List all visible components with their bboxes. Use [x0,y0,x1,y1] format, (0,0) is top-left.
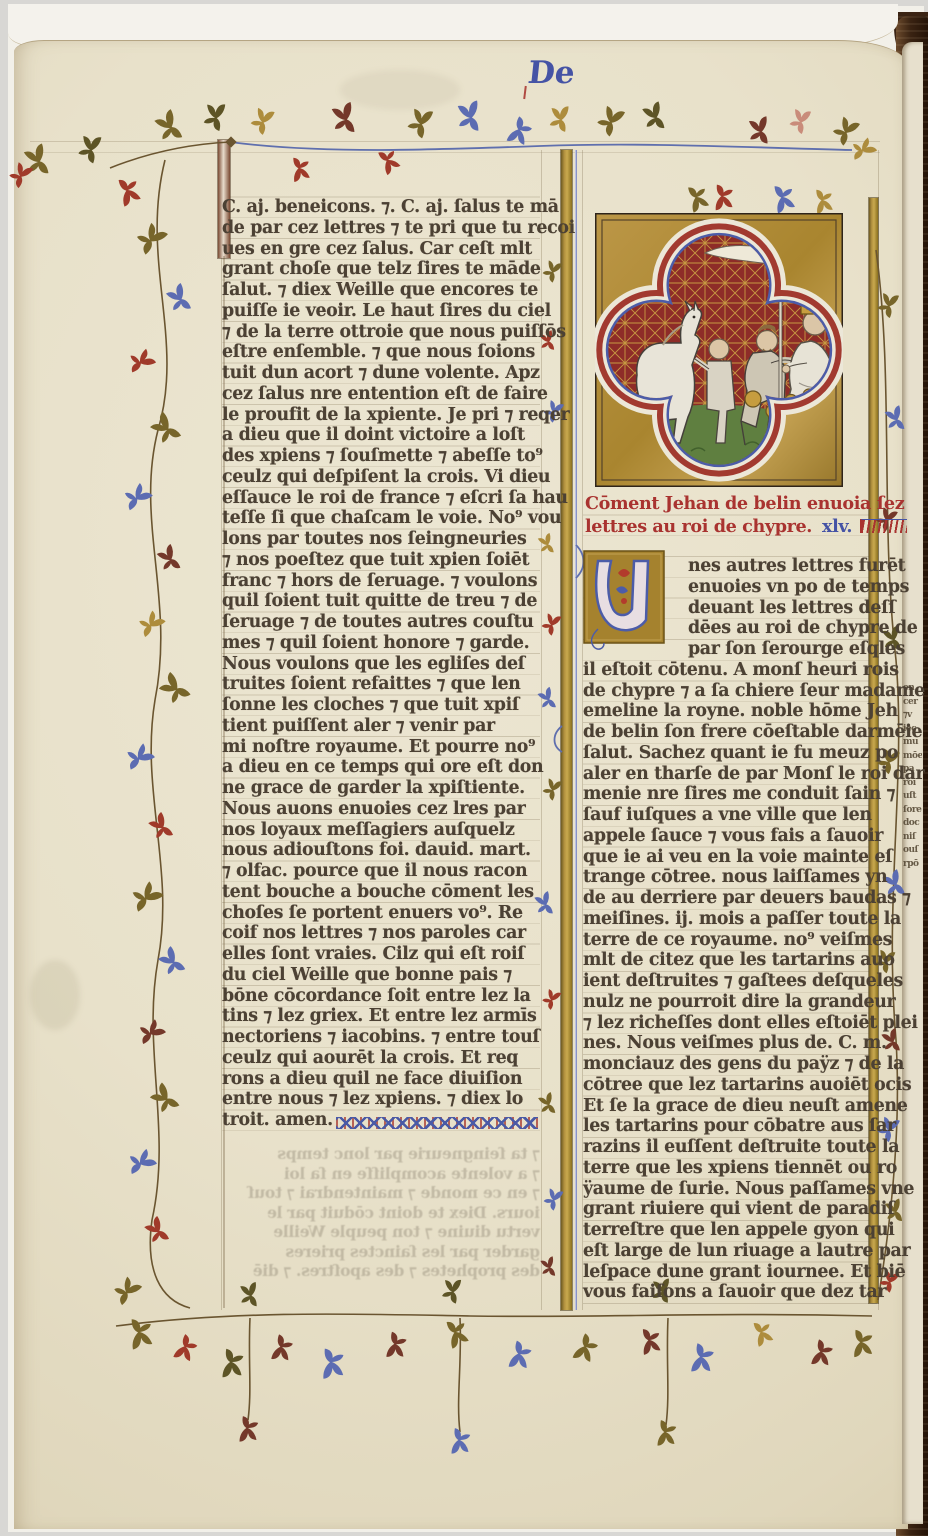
chapter-number: xlv. [822,516,852,537]
rubric-line-2: lettres au roi de chypre.xlv. [585,515,907,538]
right-text-column-indented: nes autres lettres furētenuoies vn po de… [688,556,878,660]
right-text-column: il eſtoit cōtenu. A monſ heuri roisde ch… [583,660,879,1303]
verso-show-through: ⁊ ta ſeingneurie par lonc temps⁊ a volen… [228,1144,540,1281]
left-text-column: C. aj. beneicons. ⁊. C. aj. ſalus te mād… [222,197,540,1131]
rubric-text: lettres au roi de chypre. [585,516,812,537]
line-filler-ornament [336,1117,538,1129]
rubric-line-1: Cōment Jehan de belin enuoia ſez [585,492,904,515]
miniature-illustration [595,213,843,487]
decorated-initial [584,551,664,643]
rubric-flourish [860,519,907,533]
manuscript-photo: encer⁊viecmumōeparoīuſtſoredocniſouſrpō … [0,0,928,1536]
